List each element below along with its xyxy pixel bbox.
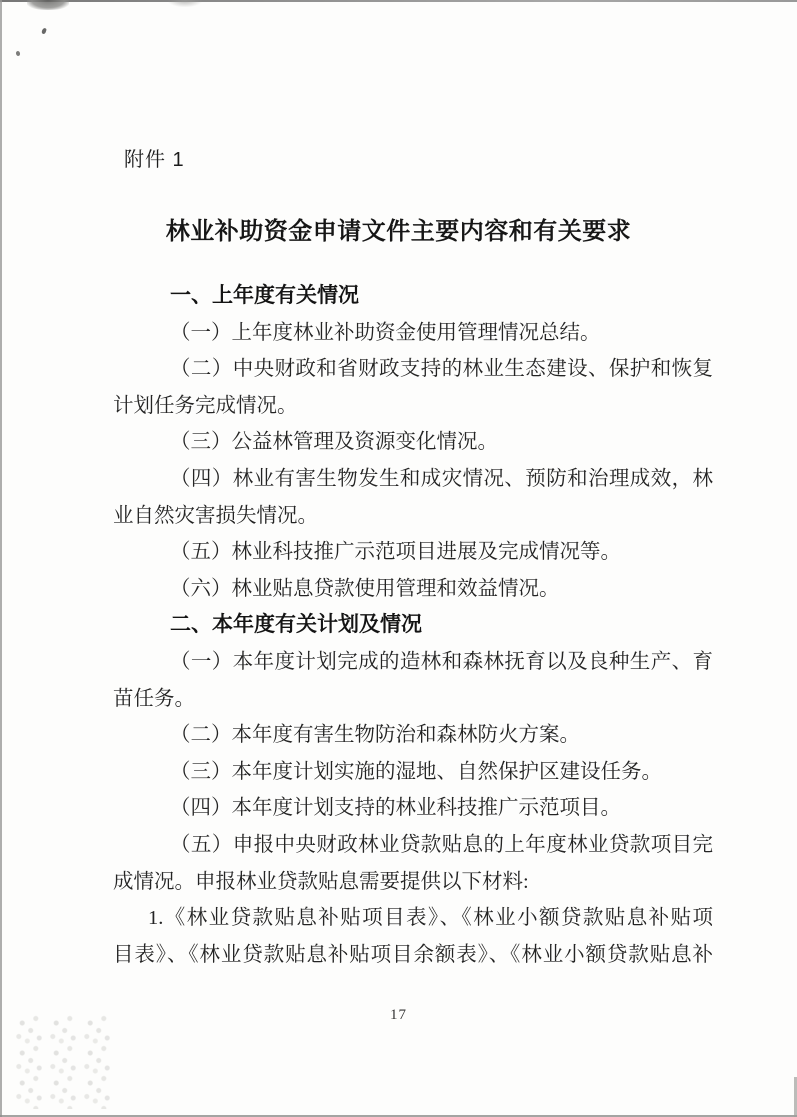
section-2-item-5-line-2: 成情况。申报林业贷款贴息需要提供以下材料: [113,864,713,901]
section-1-item-5: （五）林业科技推广示范项目进展及完成情况等。 [113,534,713,571]
section-1-heading: 一、上年度有关情况 [113,278,713,315]
section-2-item-1-line-1: （一）本年度计划完成的造林和森林抚育以及良种生产、育 [113,644,713,681]
page-number: 17 [0,1007,797,1024]
section-1-item-4-line-2: 业自然灾害损失情况。 [113,498,713,535]
section-1-item-3: （三）公益林管理及资源变化情况。 [113,424,713,461]
scan-edge-top [0,0,797,2]
scanned-document-page: 附件 1 林业补助资金申请文件主要内容和有关要求 一、上年度有关情况 （一）上年… [0,0,797,1117]
section-2-item-2: （二）本年度有害生物防治和森林防火方案。 [113,717,713,754]
attachment-label: 附件 1 [124,143,185,172]
section-2-heading: 二、本年度有关计划及情况 [113,607,713,644]
document-title: 林业补助资金申请文件主要内容和有关要求 [0,211,797,246]
section-1-item-1: （一）上年度林业补助资金使用管理情况总结。 [113,315,713,352]
section-2-item-3: （三）本年度计划实施的湿地、自然保护区建设任务。 [113,754,713,791]
scan-noise-bottom-left [12,1014,112,1109]
section-1-item-4-line-1: （四）林业有害生物发生和成灾情况、预防和治理成效，林 [113,461,713,498]
section-2-item-5-line-1: （五）申报中央财政林业贷款贴息的上年度林业贷款项目完 [113,827,713,864]
materials-list-item-1-line-1: 1.《林业贷款贴息补贴项目表》、《林业小额贷款贴息补贴项 [113,900,713,937]
section-1-item-6: （六）林业贴息贷款使用管理和效益情况。 [113,571,713,608]
section-2-item-4: （四）本年度计划支持的林业科技推广示范项目。 [113,790,713,827]
scan-speck [15,51,20,57]
section-2-item-1-line-2: 苗任务。 [113,681,713,718]
scan-speck [41,27,47,34]
scan-smudge [168,0,202,7]
section-1-item-2-line-2: 计划任务完成情况。 [113,388,713,425]
scan-smudge [27,0,69,10]
scan-edge-left [0,0,2,1117]
document-body: 一、上年度有关情况 （一）上年度林业补助资金使用管理情况总结。 （二）中央财政和… [113,278,713,973]
section-1-item-2-line-1: （二）中央财政和省财政支持的林业生态建设、保护和恢复 [113,351,713,388]
materials-list-item-1-line-2: 目表》、《林业贷款贴息补贴项目余额表》、《林业小额贷款贴息补 [113,937,713,974]
